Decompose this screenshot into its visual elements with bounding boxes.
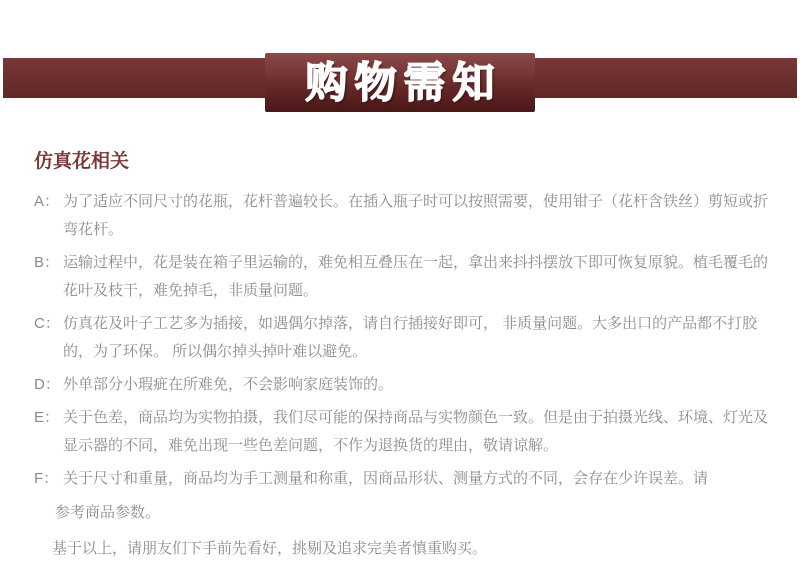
footnote-line-1: 参考商品参数。 <box>55 499 776 527</box>
notice-item-f: F： 关于尺寸和重量，商品均为手工测量和称重，因商品形状、测量方式的不同，会存在… <box>34 465 776 493</box>
banner-title-box: 购物需知 <box>265 53 535 112</box>
notice-item-text: 运输过程中，花是装在箱子里运输的，难免相互叠压在一起，拿出来抖抖摆放下即可恢复原… <box>63 254 768 299</box>
notice-item-label: A： <box>34 188 59 216</box>
notice-item-text: 仿真花及叶子工艺多为插接，如遇偶尔掉落，请自行插接好即可， 非质量问题。大多出口… <box>63 315 757 360</box>
section-heading: 仿真花相关 <box>34 150 776 174</box>
banner: 购物需知 <box>0 0 800 112</box>
notice-item-label: E： <box>34 404 59 432</box>
notice-item-label: B： <box>34 249 59 277</box>
notice-item-text: 外单部分小瑕疵在所难免，不会影响家庭装饰的。 <box>63 376 393 393</box>
notice-item-e: E： 关于色差，商品均为实物拍摄，我们尽可能的保持商品与实物颜色一致。但是由于拍… <box>34 404 776 460</box>
footnote-line-2: 基于以上，请朋友们下手前先看好，挑剔及追求完美者慎重购买。 <box>52 535 776 563</box>
notice-item-c: C： 仿真花及叶子工艺多为插接，如遇偶尔掉落，请自行插接好即可， 非质量问题。大… <box>34 310 776 366</box>
notice-item-b: B： 运输过程中，花是装在箱子里运输的，难免相互叠压在一起，拿出来抖抖摆放下即可… <box>34 249 776 305</box>
notice-content: 仿真花相关 A： 为了适应不同尺寸的花瓶，花杆普遍较长。在插入瓶子时可以按照需要… <box>0 112 800 563</box>
notice-item-a: A： 为了适应不同尺寸的花瓶，花杆普遍较长。在插入瓶子时可以按照需要，使用钳子（… <box>34 188 776 244</box>
notice-item-text: 为了适应不同尺寸的花瓶，花杆普遍较长。在插入瓶子时可以按照需要，使用钳子（花杆含… <box>63 193 768 238</box>
banner-title: 购物需知 <box>305 62 501 104</box>
notice-item-label: C： <box>34 310 60 338</box>
notice-item-d: D： 外单部分小瑕疵在所难免，不会影响家庭装饰的。 <box>34 371 776 399</box>
shopping-notice-page: 购物需知 仿真花相关 A： 为了适应不同尺寸的花瓶，花杆普遍较长。在插入瓶子时可… <box>0 0 800 572</box>
notice-item-text: 关于尺寸和重量，商品均为手工测量和称重，因商品形状、测量方式的不同，会存在少许误… <box>63 470 708 487</box>
notice-item-text: 关于色差，商品均为实物拍摄，我们尽可能的保持商品与实物颜色一致。但是由于拍摄光线… <box>63 409 768 454</box>
notice-item-label: F： <box>34 465 58 493</box>
notice-item-label: D： <box>34 371 60 399</box>
